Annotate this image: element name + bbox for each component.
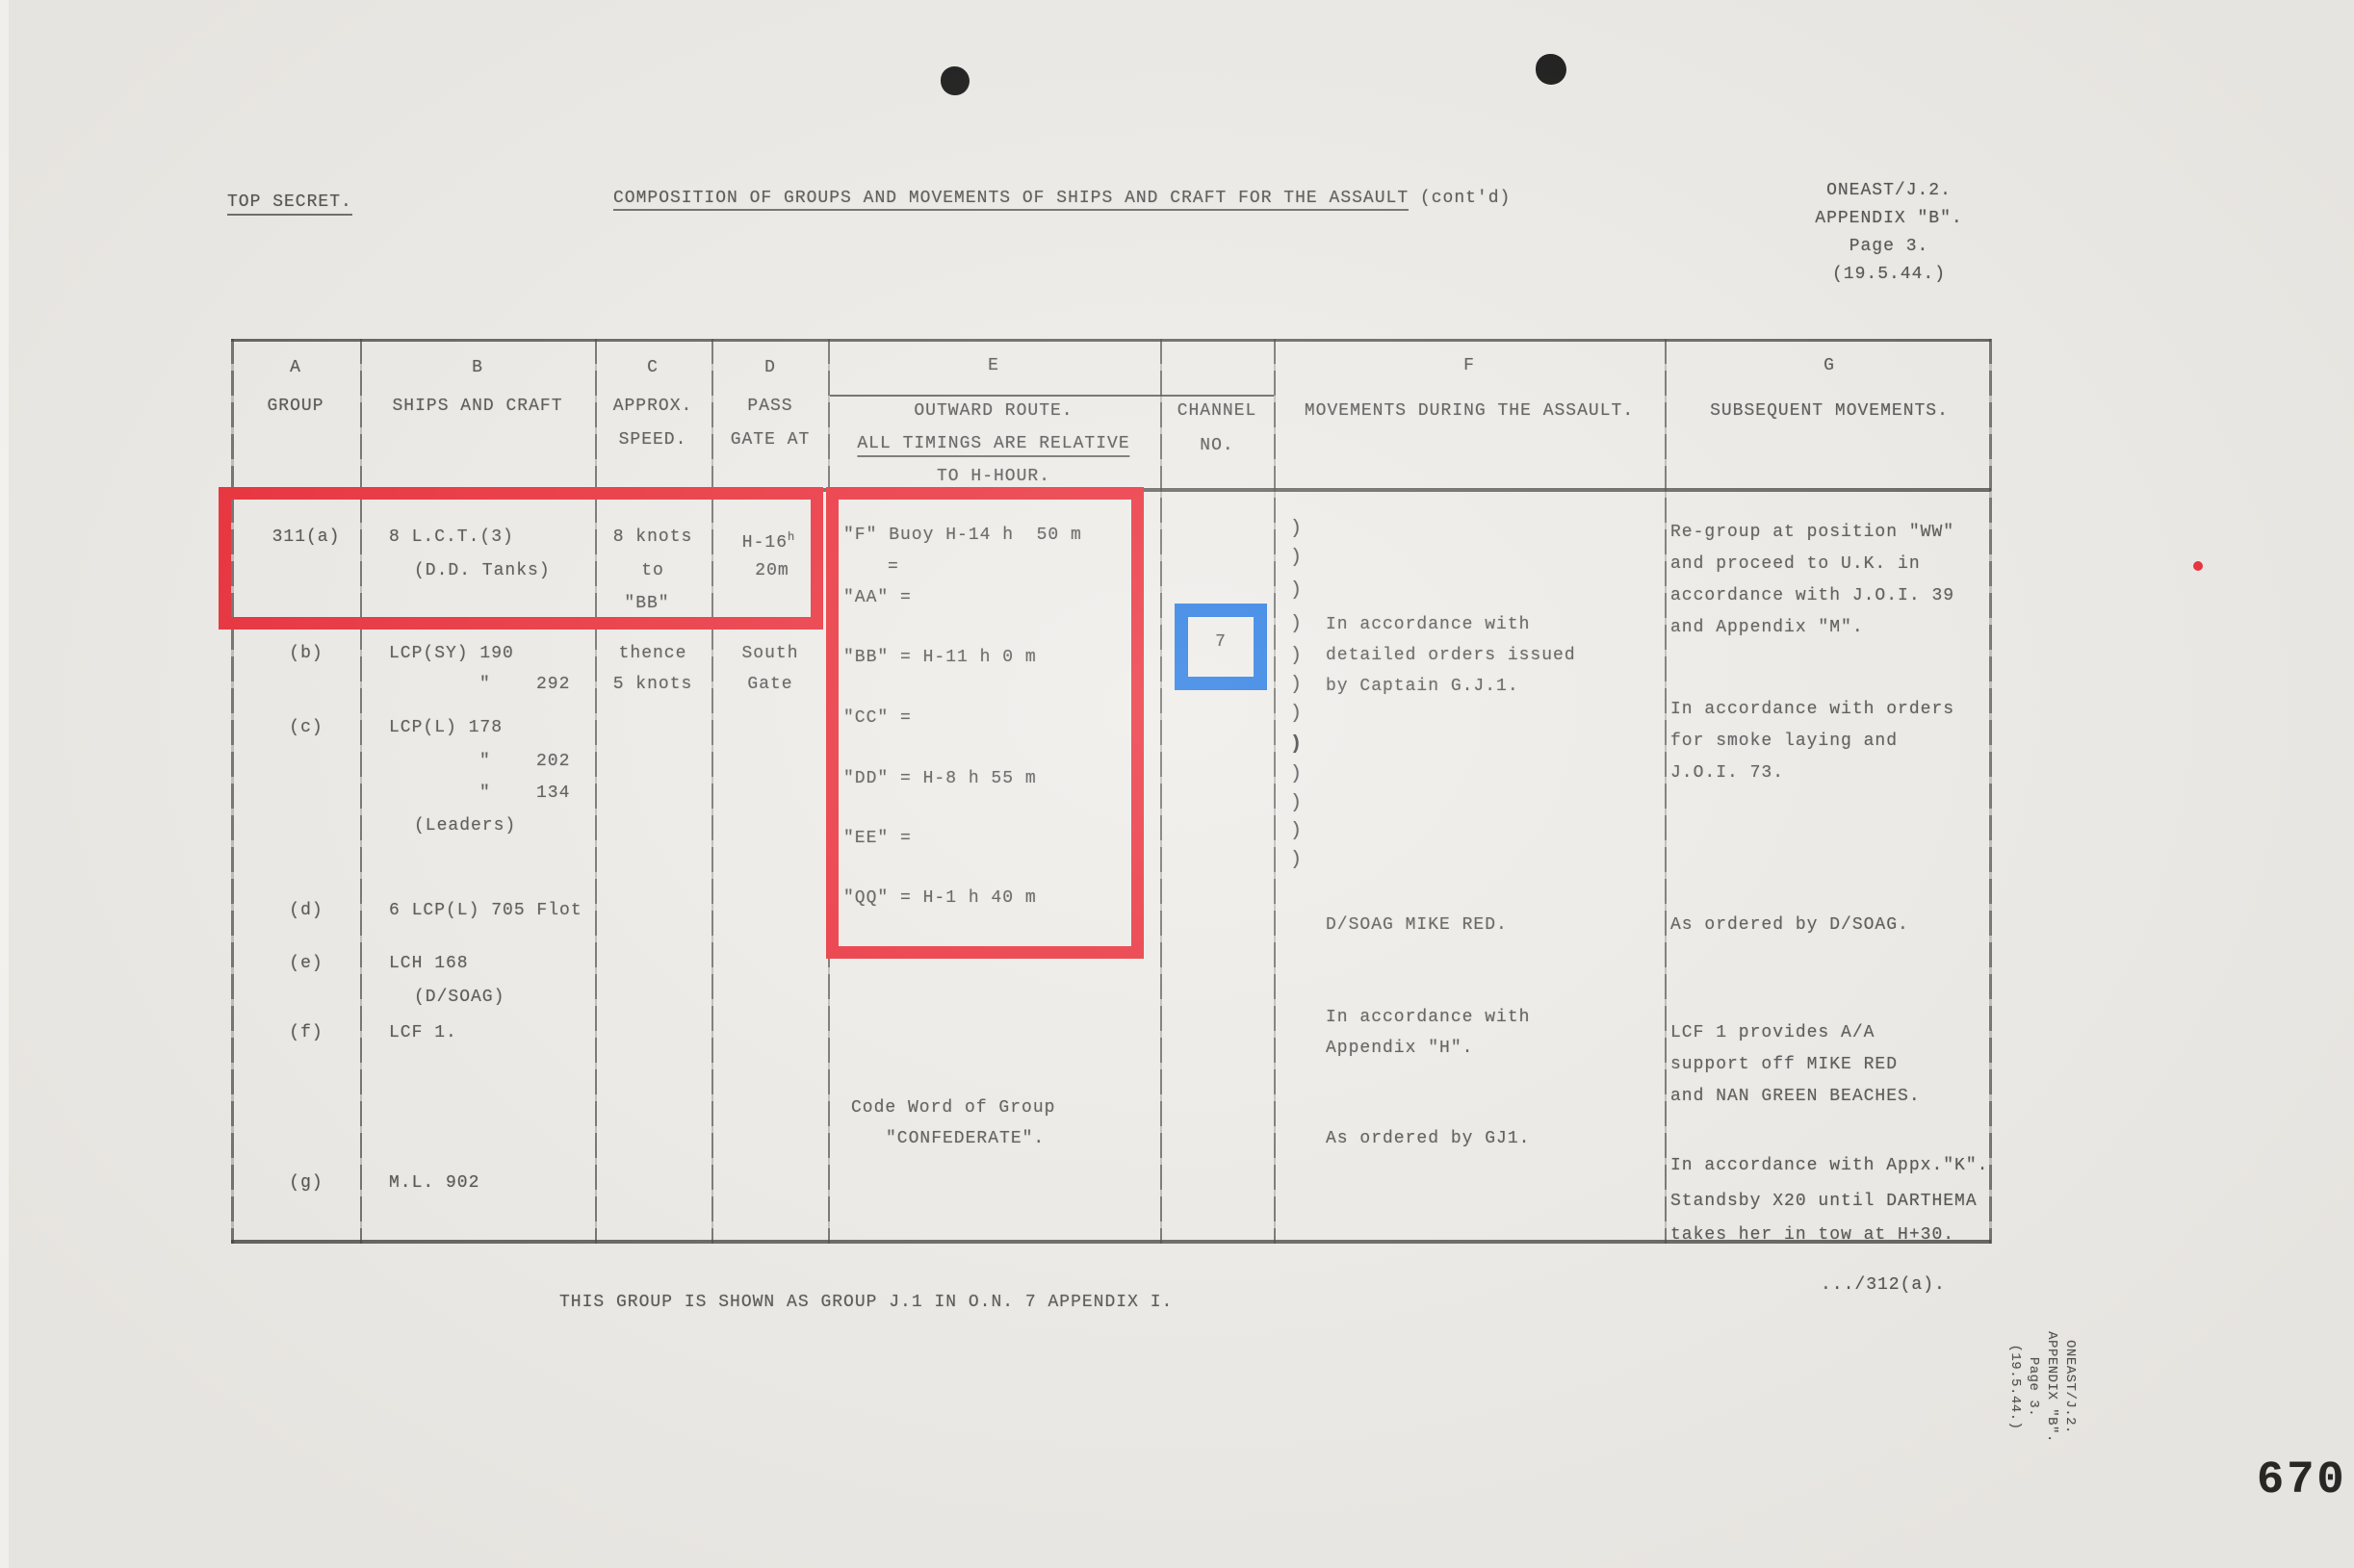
punch-hole-dot [941,66,970,95]
table-rule-vertical [711,339,713,1244]
brace-bracket: ) [1290,703,1302,725]
brace-bracket: ) [1290,645,1302,667]
col-header-ships: SHIPS AND CRAFT [392,396,562,417]
table-cell-text: LCP(L) 178 [389,717,503,738]
red-dot-mark [2193,561,2203,571]
brace-bracket: ) [1290,579,1302,602]
reference-line: Page 3. [1850,237,1929,256]
table-cell-text: (Leaders) [414,815,516,836]
col-header-group: GROUP [267,396,323,417]
table-cell-text: and proceed to U.K. in [1670,553,1921,575]
punch-hole-dot [1536,54,1566,85]
scan-edge-strip [0,0,9,1568]
table-cell-text: (D/SOAG) [414,987,504,1008]
table-cell-text: South [741,643,798,664]
table-cell-text: 5 knots [613,674,693,695]
reference-line: ONEAST/J.2. [1826,181,1952,200]
brace-bracket: ) [1290,820,1302,842]
rotated-reference-line: (19.5.44.) [2006,1344,2023,1429]
group-b: (b) [289,643,323,664]
table-rule-vertical [231,339,234,1244]
table-cell-text: In accordance with [1326,614,1530,635]
page-title: COMPOSITION OF GROUPS AND MOVEMENTS OF S… [613,189,1511,208]
table-cell-text: Appendix "H". [1326,1038,1473,1059]
table-cell-text: " 134 [479,783,570,804]
col-letter-f: F [1463,355,1475,376]
red-highlight-box-outward-route [826,487,1144,959]
reference-line: APPENDIX "B". [1815,209,1962,228]
col-header-timings: ALL TIMINGS ARE RELATIVE [857,433,1129,457]
col-header-gate: GATE AT [731,429,811,450]
table-cell-text: D/SOAG MIKE RED. [1326,914,1508,936]
table-cell-text: LCP(SY) 190 [389,643,514,664]
group-e: (e) [289,953,323,974]
continuation-mark: .../312(a). [1821,1274,1946,1296]
table-cell-text: Re-group at position "WW" [1670,522,1954,543]
table-cell-text: M.L. 902 [389,1172,479,1194]
table-cell-text: J.O.I. 73. [1670,762,1784,784]
table-cell-text: and Appendix "M". [1670,617,1864,638]
table-cell-text: " 202 [479,751,570,772]
scanned-document-page: TOP SECRET. COMPOSITION OF GROUPS AND MO… [0,0,2354,1568]
col-header-outward-route: OUTWARD ROUTE. [914,400,1073,422]
table-cell-text: In accordance with [1326,1007,1530,1028]
table-cell-text: LCH 168 [389,953,469,974]
rotated-reference-stamp: ONEAST/J.2.APPENDIX "B".Page 3.(19.5.44.… [2006,1331,2078,1443]
table-rule-horizontal [830,395,1274,397]
table-cell-text: "CONFEDERATE". [886,1128,1045,1149]
brace-bracket: ) [1290,518,1302,540]
col-header-channel: CHANNEL [1177,400,1257,422]
col-header-movements: MOVEMENTS DURING THE ASSAULT. [1305,400,1634,422]
brace-bracket: ) [1290,674,1302,696]
brace-bracket: ) [1290,613,1302,635]
col-header-speed: SPEED. [619,429,687,450]
table-cell-text: and NAN GREEN BEACHES. [1670,1086,1921,1107]
col-letter-a: A [290,357,301,378]
table-cell-text: In accordance with orders [1670,699,1954,720]
group-f: (f) [289,1022,323,1043]
reference-block: ONEAST/J.2.APPENDIX "B".Page 3.(19.5.44.… [1815,181,1962,284]
table-rule-vertical [360,339,362,1244]
rotated-reference-line: ONEAST/J.2. [2061,1340,2078,1434]
table-rule-vertical [595,339,597,1244]
brace-bracket: ) [1290,792,1302,814]
group-d: (d) [289,900,323,921]
table-rule-vertical [1989,339,1992,1244]
col-letter-d: D [764,357,776,378]
brace-bracket: ) [1290,733,1302,756]
table-cell-text: 6 LCP(L) 705 Flot [389,900,582,921]
table-cell-text: by Captain G.J.1. [1326,676,1519,697]
col-header-subsequent: SUBSEQUENT MOVEMENTS. [1710,400,1949,422]
col-letter-b: B [472,357,483,378]
col-header-approx: APPROX. [613,396,693,417]
table-cell-text: As ordered by D/SOAG. [1670,914,1909,936]
table-cell-text: In accordance with Appx."K". [1670,1155,1988,1176]
table-cell-text: Code Word of Group [851,1097,1055,1118]
table-rule-horizontal [231,339,1991,342]
table-cell-text: thence [619,643,687,664]
brace-bracket: ) [1290,849,1302,871]
table-rule-vertical [1274,339,1276,1244]
table-cell-text: LCF 1 provides A/A [1670,1022,1875,1043]
table-cell-text: support off MIKE RED [1670,1054,1898,1075]
rotated-reference-line: Page 3. [2025,1357,2041,1417]
col-letter-g: G [1824,355,1835,376]
reference-line: (19.5.44.) [1832,265,1946,284]
col-letter-c: C [647,357,659,378]
table-cell-text: accordance with J.O.I. 39 [1670,585,1954,606]
page-title-main: COMPOSITION OF GROUPS AND MOVEMENTS OF S… [613,189,1409,211]
page-number: 670 [2257,1455,2347,1506]
table-cell-text: for smoke laying and [1670,731,1898,752]
classification-stamp: TOP SECRET. [227,192,352,216]
table-cell-text: " 292 [479,674,570,695]
table-rule-vertical [1665,339,1667,1244]
table-rule-vertical [1160,339,1162,1244]
table-cell-text: takes her in tow at H+30. [1670,1224,1954,1246]
footer-note: THIS GROUP IS SHOWN AS GROUP J.1 IN O.N.… [559,1292,1173,1313]
table-cell-text: Standsby X20 until DARTHEMA [1670,1191,1978,1212]
rotated-reference-line: APPENDIX "B". [2043,1331,2059,1443]
page-title-suffix: (cont'd) [1409,189,1511,208]
table-cell-text: Gate [747,674,792,695]
brace-bracket: ) [1290,547,1302,569]
group-g: (g) [289,1172,323,1194]
table-cell-text: LCF 1. [389,1022,457,1043]
col-header-no: NO. [1200,435,1233,456]
group-c: (c) [289,717,323,738]
brace-bracket: ) [1290,763,1302,785]
red-highlight-box-row-311a [219,487,823,630]
channel-number-value: 7 [1215,631,1227,653]
table-cell-text: As ordered by GJ1. [1326,1128,1530,1149]
table-cell-text: detailed orders issued [1326,645,1576,666]
col-letter-e: E [988,355,999,376]
col-header-pass: PASS [747,396,792,417]
